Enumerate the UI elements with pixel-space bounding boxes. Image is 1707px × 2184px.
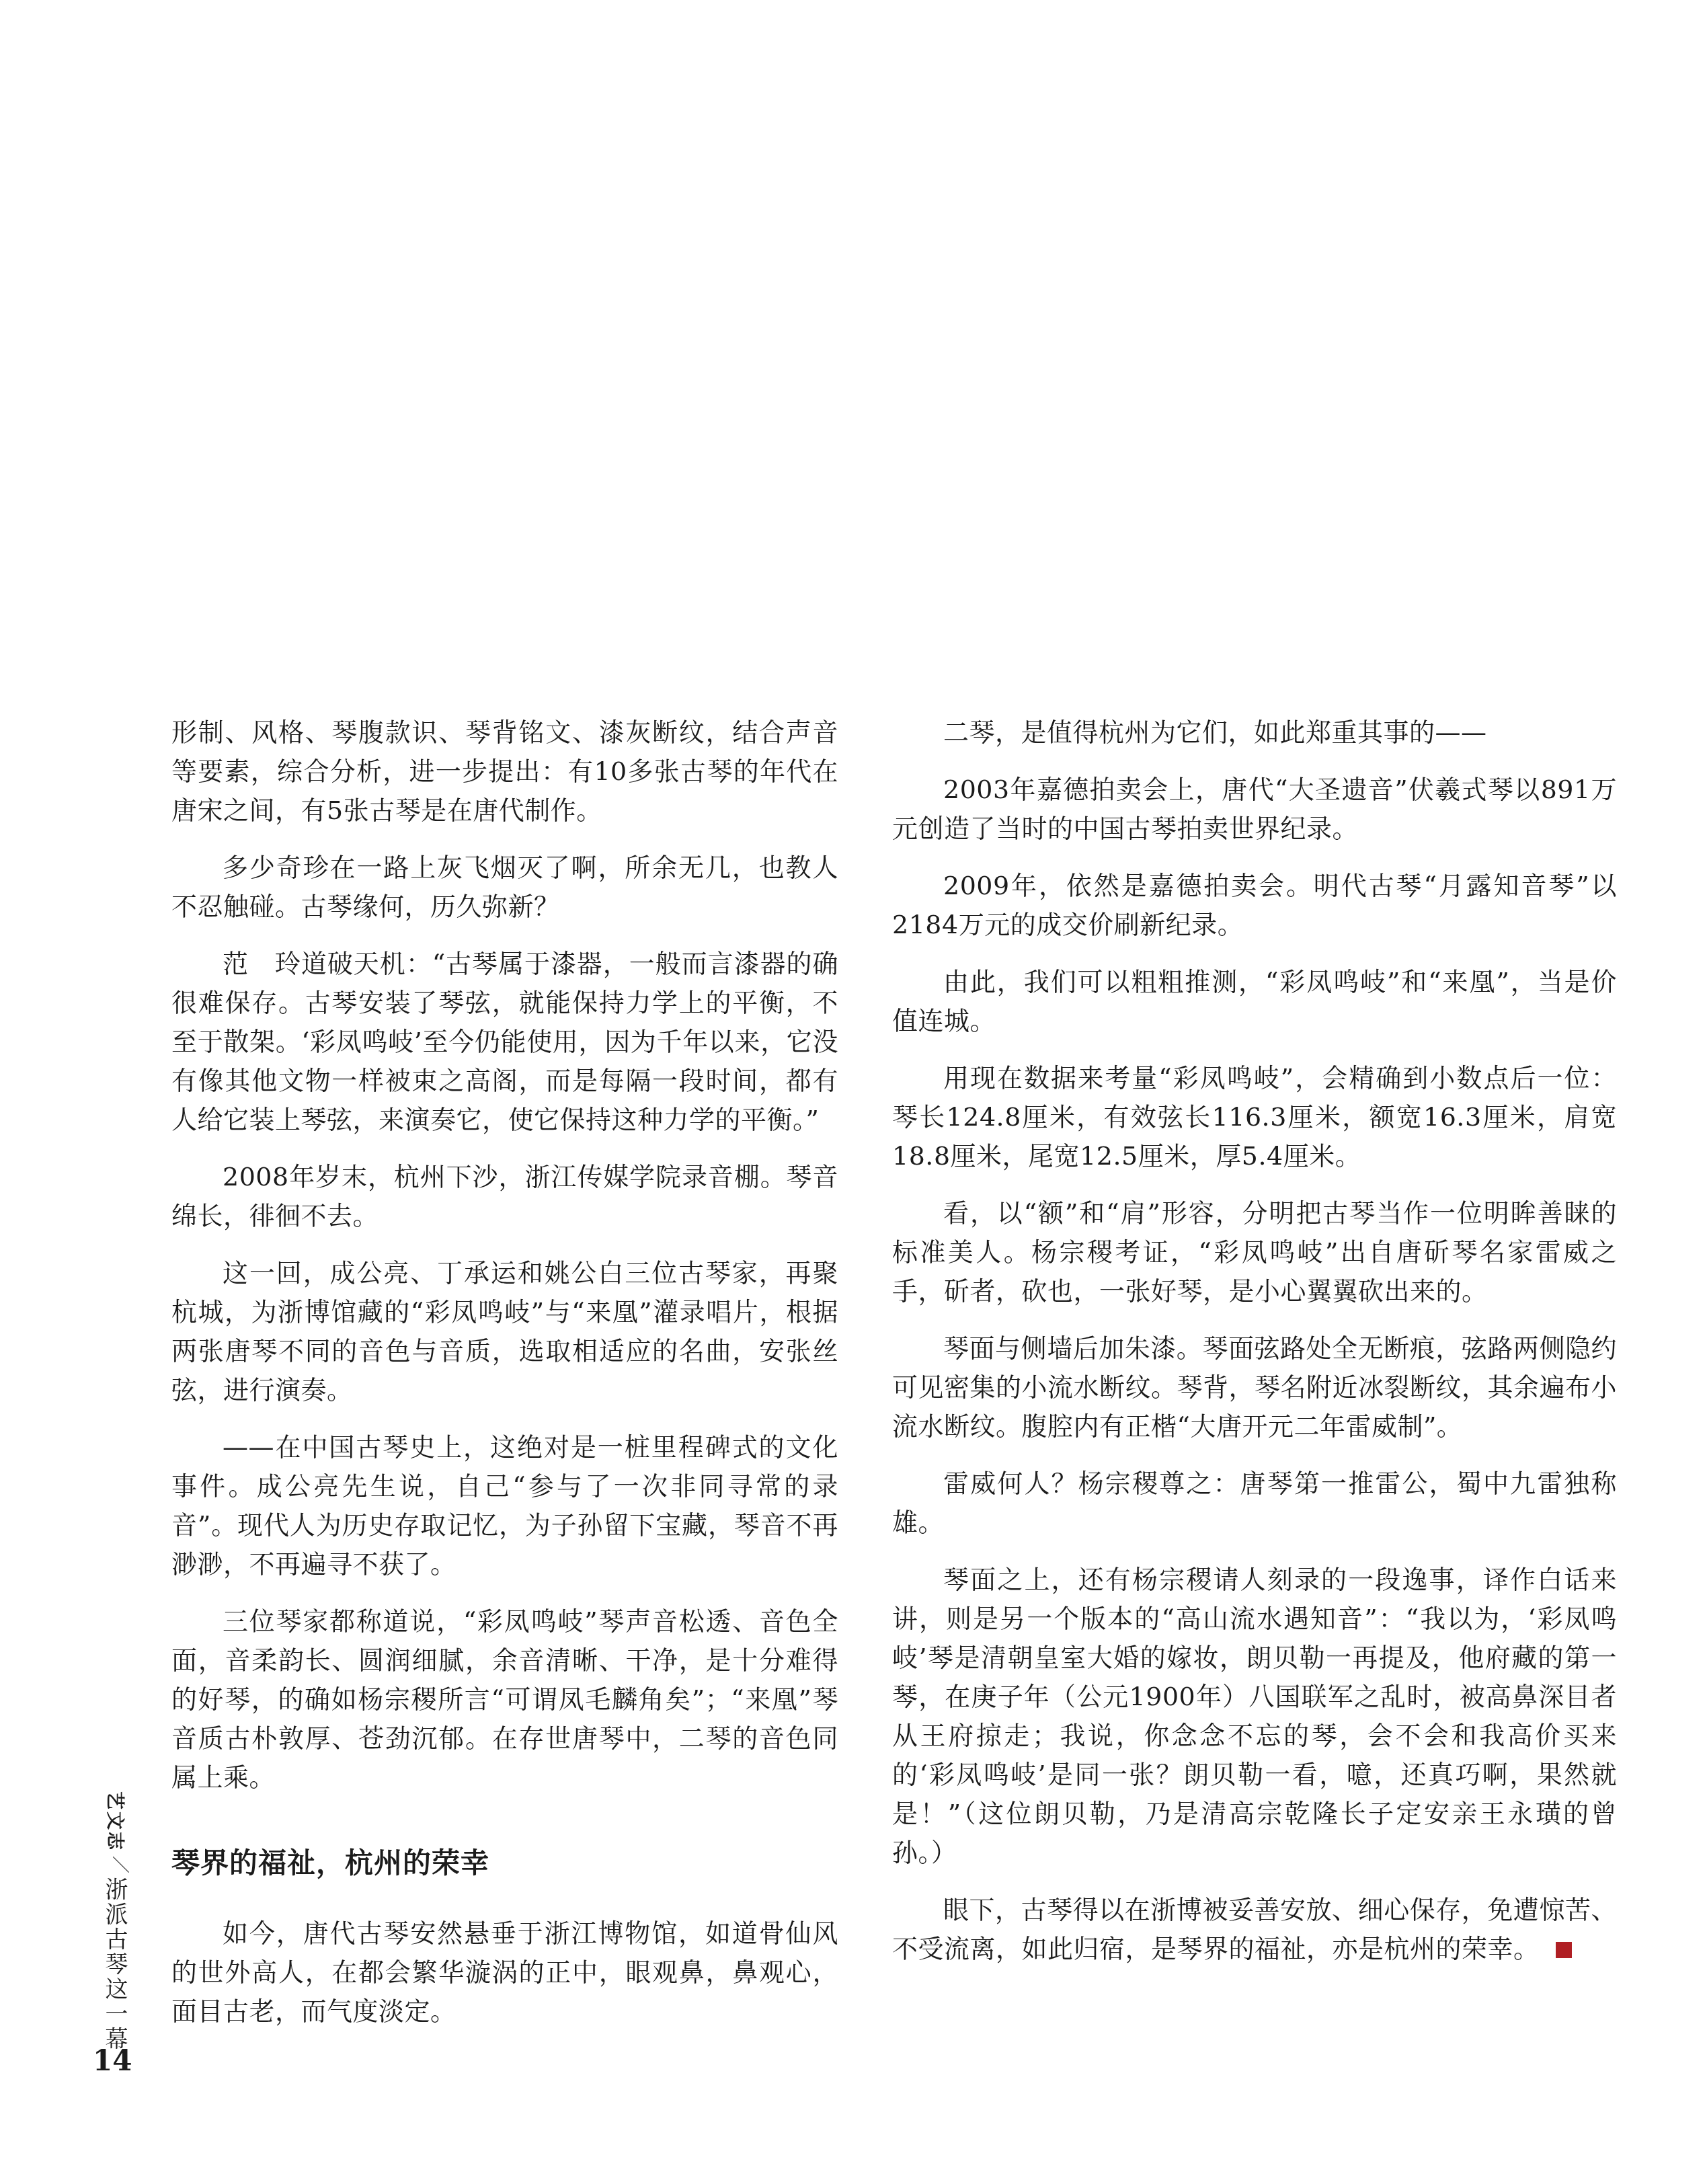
left-paragraph-7: 三位琴家都称道说，“彩凤鸣岐”琴声音松透、音色全面，音柔韵长、圆润细腻，余音清晰… bbox=[171, 1602, 838, 1797]
left-paragraph-2: 多少奇珍在一路上灰飞烟灭了啊，所余无几，也教人不忍触碰。古琴缘何，历久弥新？ bbox=[171, 848, 838, 926]
sidebar-slash-separator: ／ bbox=[109, 1852, 134, 1877]
closing-paragraph-text: 眼下，古琴得以在浙博被妥善安放、细心保存，免遭惊苦、不受流离，如此归宿，是琴界的… bbox=[892, 1895, 1617, 1963]
left-paragraph-6: ——在中国古琴史上，这绝对是一桩里程碑式的文化事件。成公亮先生说，自己“参与了一… bbox=[171, 1428, 838, 1584]
right-paragraph-2: 2003年嘉德拍卖会上，唐代“大圣遗音”伏羲式琴以891万元创造了当时的中国古琴… bbox=[892, 770, 1617, 848]
margin-sidebar: 艺文志／浙派古琴这一幕 bbox=[98, 1791, 135, 2052]
right-paragraph-4: 由此，我们可以粗粗推测，“彩凤鸣岐”和“来凰”，当是价值连城。 bbox=[892, 962, 1617, 1040]
section-heading: 琴界的福祉，杭州的荣幸 bbox=[171, 1846, 838, 1880]
right-paragraph-7: 琴面与侧墙后加朱漆。琴面弦路处全无断痕，弦路两侧隐约可见密集的小流水断纹。琴背，… bbox=[892, 1329, 1617, 1446]
left-paragraph-8: 如今，唐代古琴安然悬垂于浙江博物馆，如道骨仙风的世外高人，在都会繁华漩涡的正中，… bbox=[171, 1914, 838, 2031]
right-text-column: 二琴，是值得杭州为它们，如此郑重其事的—— 2003年嘉德拍卖会上，唐代“大圣遗… bbox=[892, 713, 1617, 1986]
page-number: 14 bbox=[93, 2044, 132, 2077]
sidebar-article-title: 浙派古琴这一幕 bbox=[101, 1877, 128, 2052]
magazine-page: 形制、风格、琴腹款识、琴背铭文、漆灰断纹，结合声音等要素，综合分析，进一步提出：… bbox=[0, 0, 1707, 2184]
right-paragraph-6: 看，以“额”和“肩”形容，分明把古琴当作一位明眸善睐的标准美人。杨宗稷考证，“彩… bbox=[892, 1194, 1617, 1311]
right-paragraph-10: 眼下，古琴得以在浙博被妥善安放、细心保存，免遭惊苦、不受流离，如此归宿，是琴界的… bbox=[892, 1890, 1617, 1968]
left-paragraph-1: 形制、风格、琴腹款识、琴背铭文、漆灰断纹，结合声音等要素，综合分析，进一步提出：… bbox=[171, 713, 838, 830]
left-paragraph-5: 这一回，成公亮、丁承运和姚公白三位古琴家，再聚杭城，为浙博馆藏的“彩凤鸣岐”与“… bbox=[171, 1253, 838, 1409]
right-paragraph-3: 2009年，依然是嘉德拍卖会。明代古琴“月露知音琴”以2184万元的成交价刷新纪… bbox=[892, 866, 1617, 944]
right-paragraph-5: 用现在数据来考量“彩凤鸣岐”，会精确到小数点后一位：琴长124.8厘米，有效弦长… bbox=[892, 1058, 1617, 1175]
left-paragraph-3: 范 玲道破天机：“古琴属于漆器，一般而言漆器的确很难保存。古琴安装了琴弦，就能保… bbox=[171, 944, 838, 1139]
left-text-column: 形制、风格、琴腹款识、琴背铭文、漆灰断纹，结合声音等要素，综合分析，进一步提出：… bbox=[171, 713, 838, 2049]
end-of-article-marker bbox=[1556, 1942, 1572, 1958]
right-paragraph-9: 琴面之上，还有杨宗稷请人刻录的一段逸事，译作白话来讲，则是另一个版本的“高山流水… bbox=[892, 1560, 1617, 1872]
right-paragraph-1: 二琴，是值得杭州为它们，如此郑重其事的—— bbox=[892, 713, 1617, 752]
left-paragraph-4: 2008年岁末，杭州下沙，浙江传媒学院录音棚。琴音绵长，徘徊不去。 bbox=[171, 1157, 838, 1235]
magazine-section-label: 艺文志 bbox=[104, 1791, 125, 1852]
right-paragraph-8: 雷威何人？杨宗稷尊之：唐琴第一推雷公，蜀中九雷独称雄。 bbox=[892, 1464, 1617, 1542]
